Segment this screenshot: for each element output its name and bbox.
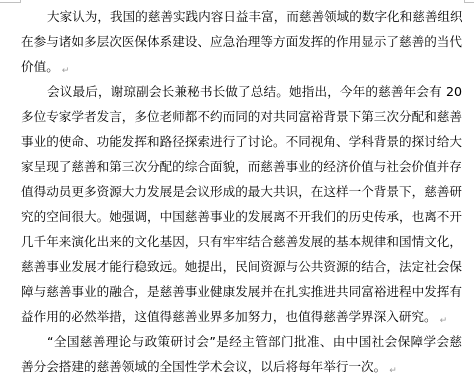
paragraph-2: 会议最后，谢琼副会长兼秘书长做了总结。她指出，今年的慈善年会有 20 多位专家学… bbox=[21, 79, 462, 329]
text-line: 值得动员更多资源大力发展是会议形成的最大共识，在这样一个背景下，慈善研 bbox=[21, 179, 462, 204]
text-line: 几千年来演化出来的文化基因，只有牢牢结合慈善发展的基本规律和国情文化， bbox=[21, 229, 462, 254]
corner-mark-top-left-horizontal bbox=[0, 2, 20, 3]
text-line: 事业的使命、功能发挥和路径探索进行了讨论。不同视角、学科背景的探讨给大 bbox=[21, 129, 462, 154]
document-body[interactable]: 大家认为，我国的慈善实践内容日益丰富，而慈善领域的数字化和慈善组织 在参与诸如多… bbox=[21, 4, 462, 379]
paragraph-mark-icon: ↵ bbox=[440, 309, 448, 329]
text-line: 慈善事业发展才能行稳致远。她提出，民间资源与公共资源的结合，法定社会保 bbox=[21, 254, 462, 279]
corner-mark-top-right-horizontal bbox=[465, 2, 474, 3]
paragraph-3: “全国慈善理论与政策研讨会”是经主管部门批准、由中国社会保障学会慈 善分会搭建的… bbox=[21, 329, 462, 379]
paragraph-mark-icon: ↵ bbox=[62, 59, 70, 79]
paragraph-mark-icon: ↵ bbox=[389, 359, 397, 379]
text-line: 多位专家学者发言，多位老师都不约而同的对共同富裕背景下第三次分配和慈善 bbox=[21, 104, 462, 129]
text-line: “全国慈善理论与政策研讨会”是经主管部门批准、由中国社会保障学会慈 bbox=[21, 329, 462, 354]
text-line: 家呈现了慈善和第三次分配的综合面貌，而慈善事业的经济价值与社会价值并存， bbox=[21, 154, 462, 179]
text-line: 益作用的必然举措，这值得慈善业界多加努力，也值得慈善学界深入研究。↵ bbox=[21, 304, 462, 329]
text-line: 价值。↵ bbox=[21, 54, 462, 79]
text-line: 在参与诸如多层次医保体系建设、应急治理等方面发挥的作用显示了慈善的当代 bbox=[21, 29, 462, 54]
text-line: 大家认为，我国的慈善实践内容日益丰富，而慈善领域的数字化和慈善组织 bbox=[21, 4, 462, 29]
corner-mark-top-right-vertical bbox=[464, 0, 465, 3]
text-line: 会议最后，谢琼副会长兼秘书长做了总结。她指出，今年的慈善年会有 20 bbox=[21, 79, 462, 104]
text-line: 善分会搭建的慈善领域的全国性学术会议，以后将每年举行一次。↵ bbox=[21, 354, 462, 379]
paragraph-1: 大家认为，我国的慈善实践内容日益丰富，而慈善领域的数字化和慈善组织 在参与诸如多… bbox=[21, 4, 462, 79]
corner-mark-top-left-vertical bbox=[20, 0, 21, 3]
text-line: 障与慈善事业的融合，是慈善事业健康发展并在扎实推进共同富裕进程中发挥有 bbox=[21, 279, 462, 304]
text-line: 究的空间很大。她强调，中国慈善事业的发展离不开我们的历史传承，也离不开 bbox=[21, 204, 462, 229]
